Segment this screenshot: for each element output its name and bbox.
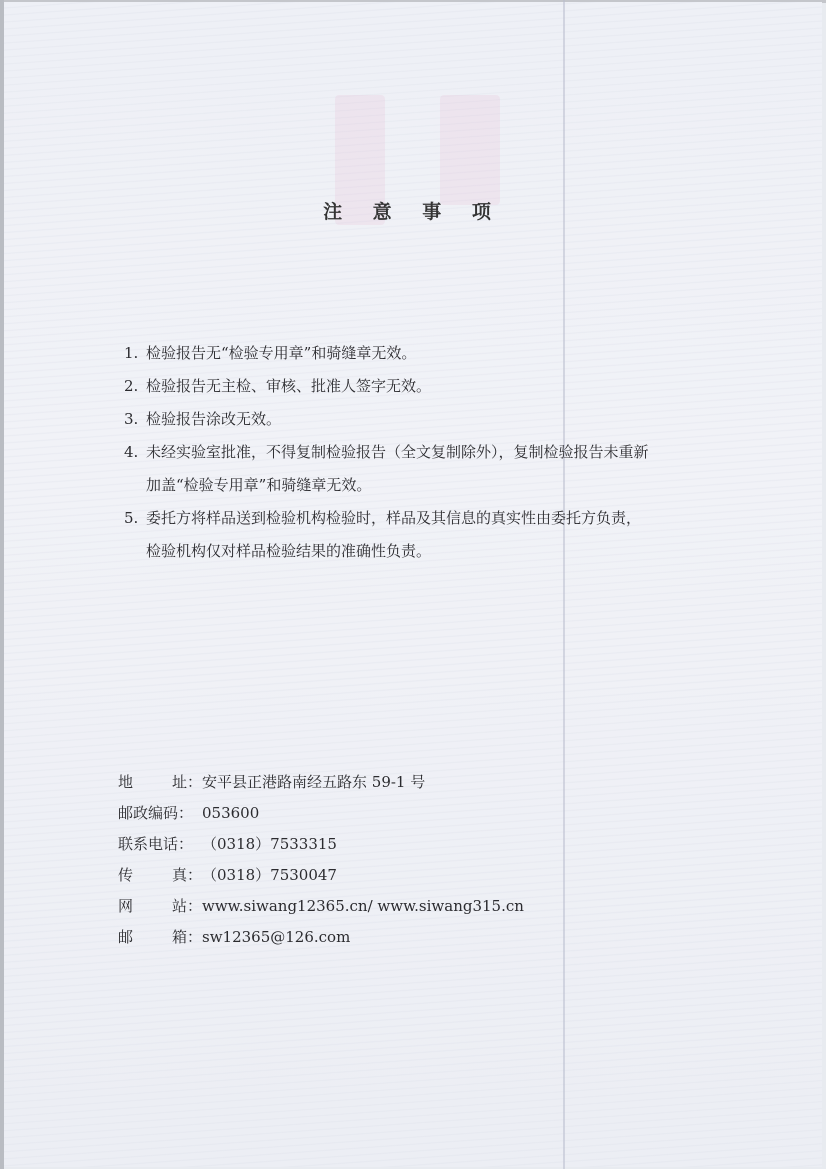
contact-fax: 传真： （0318）7530047 — [118, 859, 524, 890]
note-text: 检验报告无“检验专用章”和骑缝章无效。 — [146, 342, 744, 365]
postcode-label: 邮政编码： — [118, 802, 202, 823]
note-text: 未经实验室批准，不得复制检验报告（全文复制除外），复制检验报告未重新 — [146, 443, 649, 461]
notes-list: 1. 检验报告无“检验专用章”和骑缝章无效。 2. 检验报告无主检、审核、批准人… — [124, 342, 744, 573]
email-label: 邮箱： — [118, 926, 202, 947]
fax-value: （0318）7530047 — [202, 864, 337, 885]
note-text: 检验报告无主检、审核、批准人签字无效。 — [146, 375, 744, 398]
note-body: 未经实验室批准，不得复制检验报告（全文复制除外），复制检验报告未重新 加盖“检验… — [146, 441, 744, 497]
email-value[interactable]: sw12365@126.com — [202, 928, 350, 946]
label-part: 传 — [118, 864, 133, 885]
contact-website: 网站： www.siwang12365.cn/ www.siwang315.cn — [118, 890, 524, 921]
phone-value: （0318）7533315 — [202, 833, 337, 854]
document-page — [4, 2, 822, 1167]
note-text: 检验报告涂改无效。 — [146, 408, 744, 431]
website-value[interactable]: www.siwang12365.cn/ www.siwang315.cn — [202, 897, 524, 915]
note-text-continued: 加盖“检验专用章”和骑缝章无效。 — [146, 474, 744, 497]
label-part: 真： — [172, 864, 202, 885]
label-part: 址： — [172, 771, 202, 792]
note-item: 2. 检验报告无主检、审核、批准人签字无效。 — [124, 375, 744, 398]
contact-info: 地址： 安平县正港路南经五路东 59-1 号 邮政编码： 053600 联系电话… — [118, 766, 524, 952]
address-value: 安平县正港路南经五路东 59-1 号 — [202, 771, 425, 792]
faint-stamp-mark — [440, 95, 500, 205]
label-part: 邮 — [118, 926, 133, 947]
contact-postcode: 邮政编码： 053600 — [118, 797, 524, 828]
note-number: 4. — [124, 441, 146, 497]
label-part: 网 — [118, 895, 133, 916]
page-title: 注 意 事 项 — [0, 197, 826, 224]
note-number: 2. — [124, 375, 146, 398]
note-text: 委托方将样品送到检验机构检验时，样品及其信息的真实性由委托方负责， — [146, 509, 641, 527]
note-item: 4. 未经实验室批准，不得复制检验报告（全文复制除外），复制检验报告未重新 加盖… — [124, 441, 744, 497]
note-body: 委托方将样品送到检验机构检验时，样品及其信息的真实性由委托方负责， 检验机构仅对… — [146, 507, 744, 563]
fold-line — [563, 0, 565, 1169]
address-label: 地址： — [118, 771, 202, 792]
fax-label: 传真： — [118, 864, 202, 885]
note-text-continued: 检验机构仅对样品检验结果的准确性负责。 — [146, 540, 744, 563]
note-item: 3. 检验报告涂改无效。 — [124, 408, 744, 431]
contact-phone: 联系电话： （0318）7533315 — [118, 828, 524, 859]
website-label: 网站： — [118, 895, 202, 916]
note-number: 3. — [124, 408, 146, 431]
note-number: 5. — [124, 507, 146, 563]
note-item: 1. 检验报告无“检验专用章”和骑缝章无效。 — [124, 342, 744, 365]
note-number: 1. — [124, 342, 146, 365]
label-part: 地 — [118, 771, 133, 792]
label-part: 箱： — [172, 926, 202, 947]
phone-label: 联系电话： — [118, 833, 202, 854]
note-item: 5. 委托方将样品送到检验机构检验时，样品及其信息的真实性由委托方负责， 检验机… — [124, 507, 744, 563]
label-part: 站： — [172, 895, 202, 916]
postcode-value: 053600 — [202, 804, 259, 822]
contact-email: 邮箱： sw12365@126.com — [118, 921, 524, 952]
contact-address: 地址： 安平县正港路南经五路东 59-1 号 — [118, 766, 524, 797]
